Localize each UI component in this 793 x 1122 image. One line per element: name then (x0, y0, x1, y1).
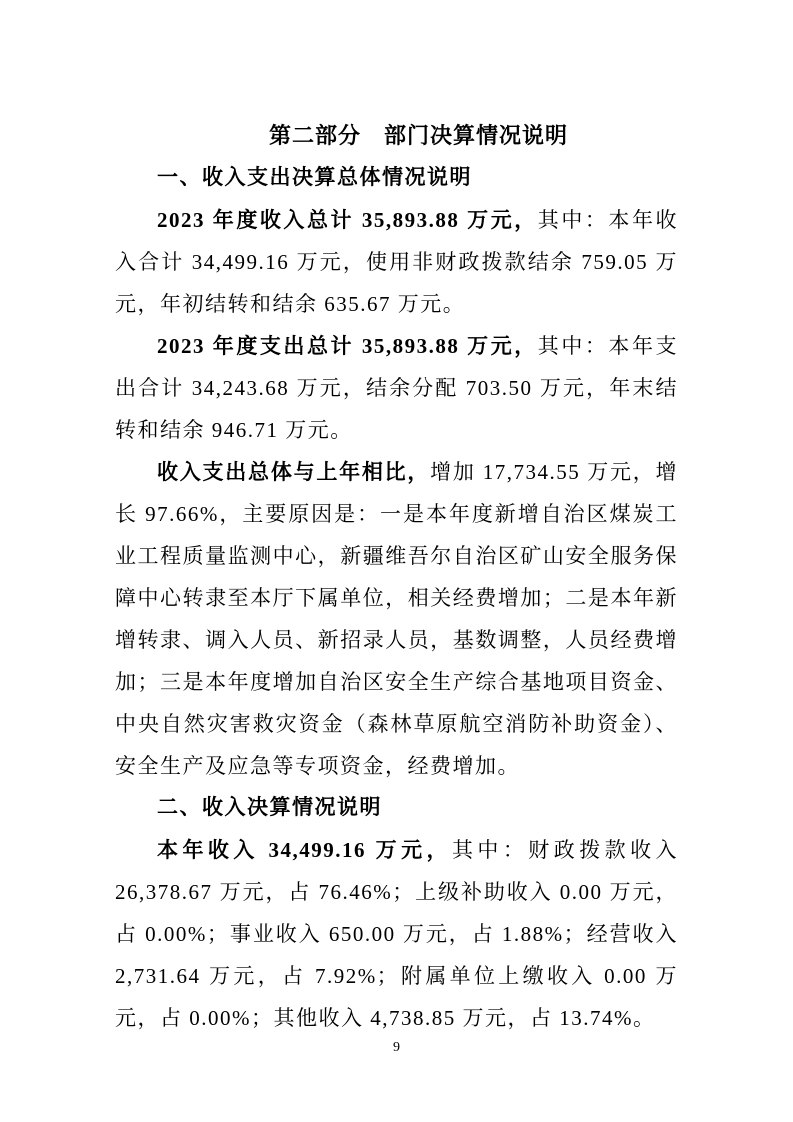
document-body: 第二部分 部门决算情况说明 一、收入支出决算总体情况说明 2023 年度收入总计… (0, 0, 793, 1039)
paragraph-bold-lead: 收入支出总体与上年相比， (157, 460, 430, 484)
paragraph-text: 其中：财政拨款收入 26,378.67 万元，占 76.46%；上级补助收入 0… (115, 838, 678, 1030)
paragraph-text: 增加 17,734.55 万元，增长 97.66%，主要原因是：一是本年度新增自… (115, 460, 678, 778)
paragraph-bold-lead: 本年收入 34,499.16 万元， (157, 838, 452, 862)
section-1-heading: 一、收入支出决算总体情况说明 (115, 157, 678, 199)
section-2-heading: 二、收入决算情况说明 (115, 787, 678, 829)
page-number: 9 (0, 1038, 793, 1058)
document-page: 第二部分 部门决算情况说明 一、收入支出决算总体情况说明 2023 年度收入总计… (0, 0, 793, 1122)
section-2-paragraph-1: 本年收入 34,499.16 万元，其中：财政拨款收入 26,378.67 万元… (115, 829, 678, 1039)
paragraph-bold-lead: 2023 年度收入总计 35,893.88 万元， (157, 208, 538, 232)
document-title: 第二部分 部门决算情况说明 (115, 115, 678, 157)
section-1-paragraph-1: 2023 年度收入总计 35,893.88 万元，其中：本年收入合计 34,49… (115, 199, 678, 325)
section-1-paragraph-2: 2023 年度支出总计 35,893.88 万元，其中：本年支出合计 34,24… (115, 325, 678, 451)
paragraph-bold-lead: 2023 年度支出总计 35,893.88 万元， (157, 334, 538, 358)
section-1-paragraph-3: 收入支出总体与上年相比，增加 17,734.55 万元，增长 97.66%，主要… (115, 451, 678, 787)
